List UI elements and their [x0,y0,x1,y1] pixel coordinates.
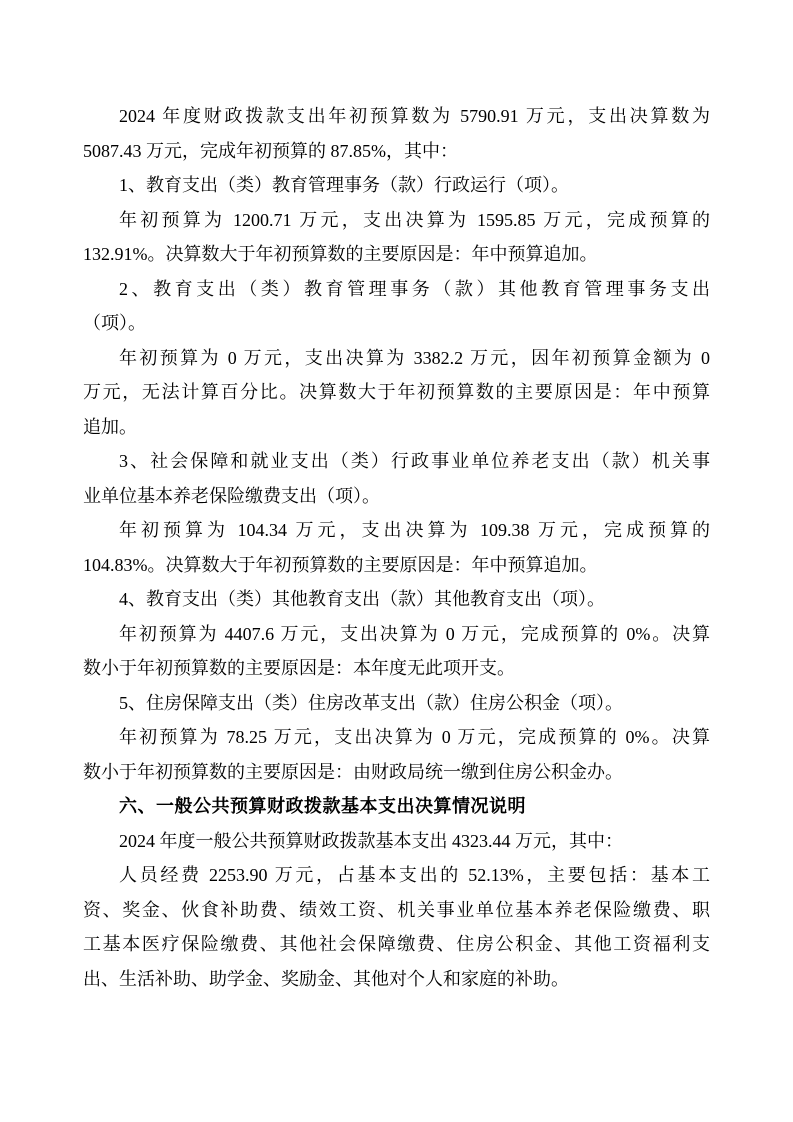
text-line: 4、教育支出（类）其他教育支出（款）其他教育支出（项）。 [83,582,710,617]
text-line: 追加。 [83,410,710,445]
text-line: 132.91%。决算数大于年初预算数的主要原因是：年中预算追加。 [83,237,710,272]
section-heading: 六、一般公共预算财政拨款基本支出决算情况说明 [83,789,710,824]
text-line: 2、教育支出（类）教育管理事务（款）其他教育管理事务支出 [83,272,710,307]
text-line: 数小于年初预算数的主要原因是：由财政局统一缴到住房公积金办。 [83,755,710,790]
text-line: 5087.43 万元，完成年初预算的 87.85%，其中： [83,134,710,169]
text-line: 2024 年度财政拨款支出年初预算数为 5790.91 万元，支出决算数为 [83,99,710,134]
text-line: 3、社会保障和就业支出（类）行政事业单位养老支出（款）机关事 [83,444,710,479]
text-line: 5、住房保障支出（类）住房改革支出（款）住房公积金（项）。 [83,686,710,721]
text-line: 年初预算为 0 万元，支出决算为 3382.2 万元，因年初预算金额为 0 [83,341,710,376]
text-line: 万元，无法计算百分比。决算数大于年初预算数的主要原因是：年中预算 [83,375,710,410]
text-line: 1、教育支出（类）教育管理事务（款）行政运行（项）。 [83,168,710,203]
document-page: 2024 年度财政拨款支出年初预算数为 5790.91 万元，支出决算数为508… [0,0,793,1122]
text-line: （项）。 [83,306,710,341]
text-line: 2024 年度一般公共预算财政拨款基本支出 4323.44 万元，其中： [83,824,710,859]
text-line: 年初预算为 1200.71 万元，支出决算为 1595.85 万元，完成预算的 [83,203,710,238]
text-line: 资、奖金、伙食补助费、绩效工资、机关事业单位基本养老保险缴费、职 [83,893,710,928]
text-line: 人员经费 2253.90 万元，占基本支出的 52.13%，主要包括：基本工 [83,858,710,893]
text-line: 数小于年初预算数的主要原因是：本年度无此项开支。 [83,651,710,686]
text-line: 年初预算为 104.34 万元，支出决算为 109.38 万元，完成预算的 [83,513,710,548]
text-line: 年初预算为 78.25 万元，支出决算为 0 万元，完成预算的 0%。决算 [83,720,710,755]
document-text-body: 2024 年度财政拨款支出年初预算数为 5790.91 万元，支出决算数为508… [83,99,710,996]
text-line: 业单位基本养老保险缴费支出（项）。 [83,479,710,514]
text-line: 出、生活补助、助学金、奖励金、其他对个人和家庭的补助。 [83,962,710,997]
text-line: 年初预算为 4407.6 万元，支出决算为 0 万元，完成预算的 0%。决算 [83,617,710,652]
text-line: 工基本医疗保险缴费、其他社会保障缴费、住房公积金、其他工资福利支 [83,927,710,962]
text-line: 104.83%。决算数大于年初预算数的主要原因是：年中预算追加。 [83,548,710,583]
